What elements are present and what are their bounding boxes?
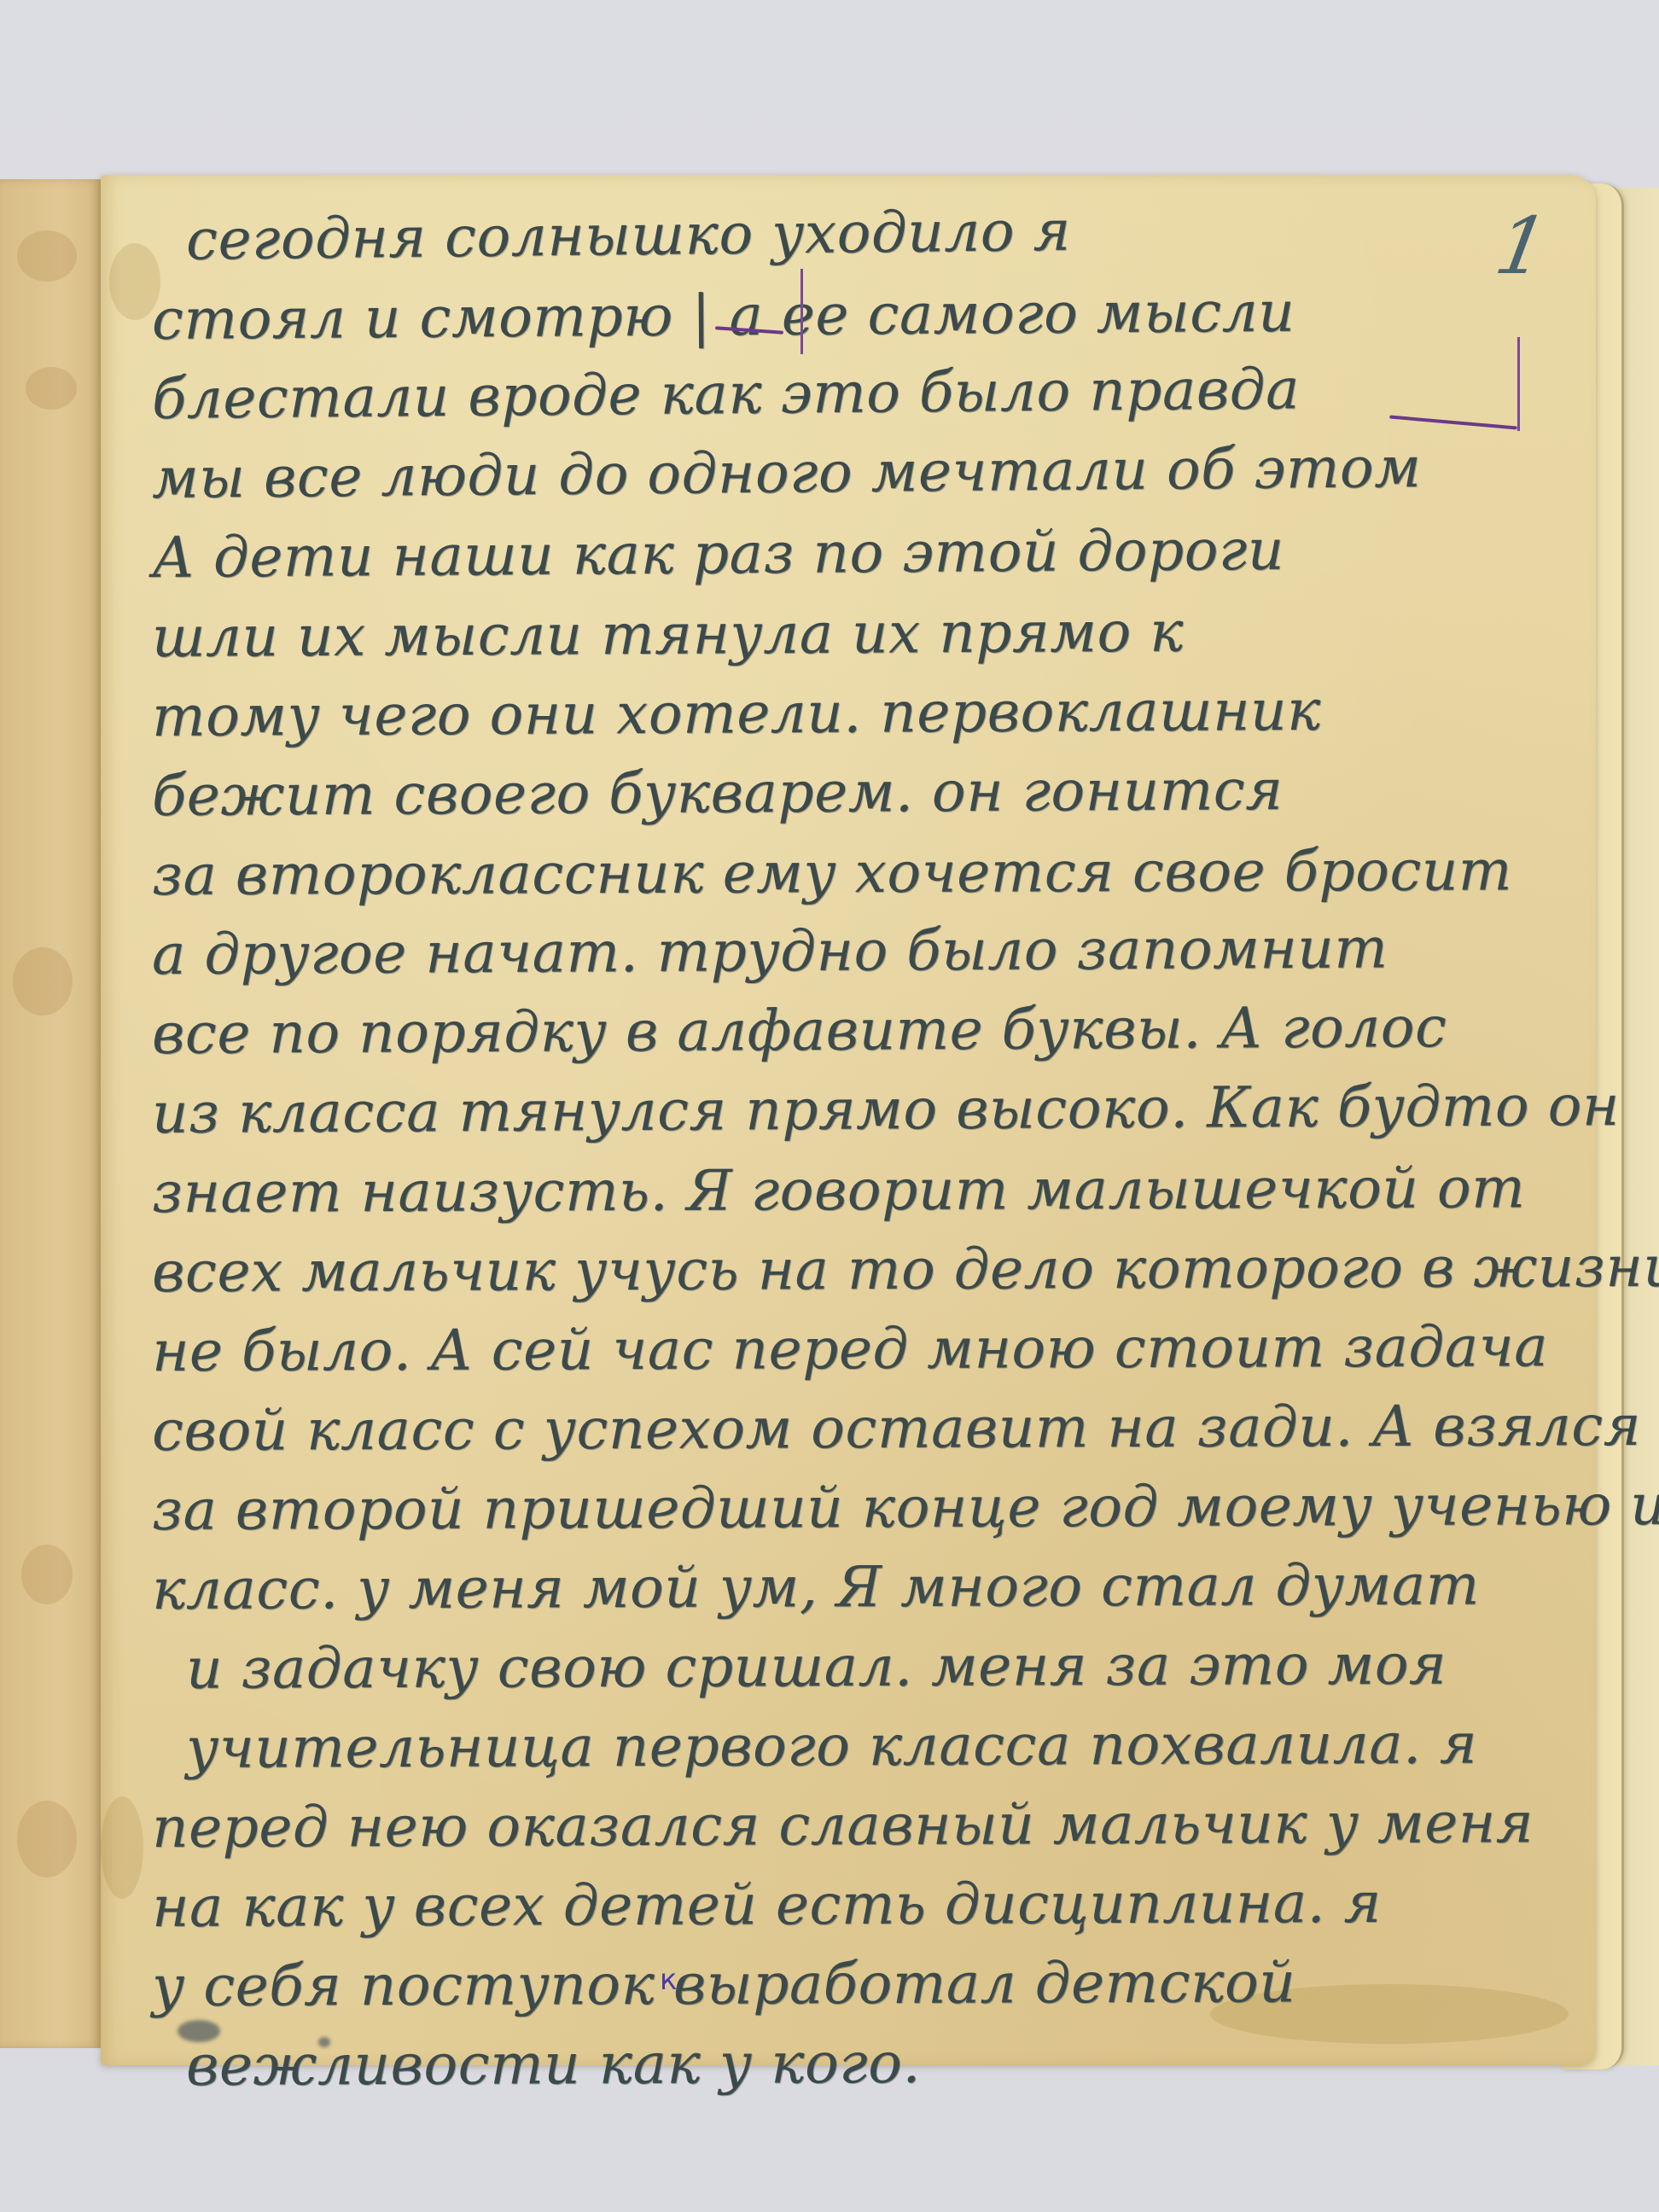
text-line: свой класс с успехом оставит на зади. А … [152, 1386, 1551, 1470]
text-line: все по порядку в алфавите буквы. А голос [152, 987, 1551, 1074]
text-line: всех мальчик учусь на то дело которого в… [152, 1227, 1551, 1312]
text-line: из класса тянулся прямо высоко. Как будт… [152, 1066, 1551, 1153]
ink-blot [318, 2037, 330, 2047]
handwritten-text: сегодня солнышко уходило я стоял и смотр… [152, 201, 1551, 2105]
text-line: сегодня солнышко уходило я [152, 186, 1552, 280]
notebook-page: 1 сегодня солнышко уходило я стоял и смо… [101, 175, 1596, 2065]
text-line: мы все люди до одного мечтали об этом [152, 427, 1552, 518]
text-line: А дети наши как раз по этой дороги [152, 509, 1552, 597]
text-line: блестали вроде как это было правда [152, 347, 1552, 439]
text-line: вежливости как у кого. [152, 2021, 1551, 2105]
text-line: шли их мысли тянула их прямо к [152, 590, 1551, 677]
paper-stain [17, 230, 77, 282]
text-line: и задачку свою сришал. меня за это моя [152, 1624, 1551, 1708]
left-facing-page [0, 179, 103, 2048]
text-line: тому чего они хотели. первоклашник [152, 669, 1551, 756]
text-line: за второклассник ему хочется свое бросит [152, 830, 1551, 915]
paper-stain [101, 1796, 143, 1899]
text-line: у себя поступок выработал детской [152, 1941, 1551, 2026]
text-line: класс. у меня мой ум, Я много стал думат [152, 1545, 1551, 1629]
paper-stain [26, 367, 77, 410]
text-line: бежит своего букварем. он гонится [152, 748, 1551, 835]
text-line: знает наизусть. Я говорит малышечкой от [152, 1148, 1551, 1232]
editor-correction-letter: к [660, 1963, 678, 1997]
text-line: стоял и смотрю | а ее самого мысли [152, 271, 1552, 359]
ink-blot [178, 2020, 220, 2042]
text-line: не было. А сей час перед мною стоит зада… [152, 1307, 1551, 1391]
text-line: а другое начат. трудно было запомнит [152, 907, 1551, 994]
text-line: перед нею оказался славный мальчик у мен… [152, 1783, 1551, 1867]
text-line: на как у всех детей есть дисциплина. я [152, 1862, 1551, 1947]
paper-stain [17, 1801, 77, 1877]
editor-divider-mark [800, 269, 803, 354]
text-line: за второй пришедший конце год моему учен… [152, 1465, 1551, 1550]
paper-stain [21, 1545, 73, 1604]
editor-bracket-mark [1517, 337, 1520, 431]
paper-stain [13, 947, 73, 1016]
text-line: учительница первого класса похвалила. я [152, 1703, 1551, 1788]
